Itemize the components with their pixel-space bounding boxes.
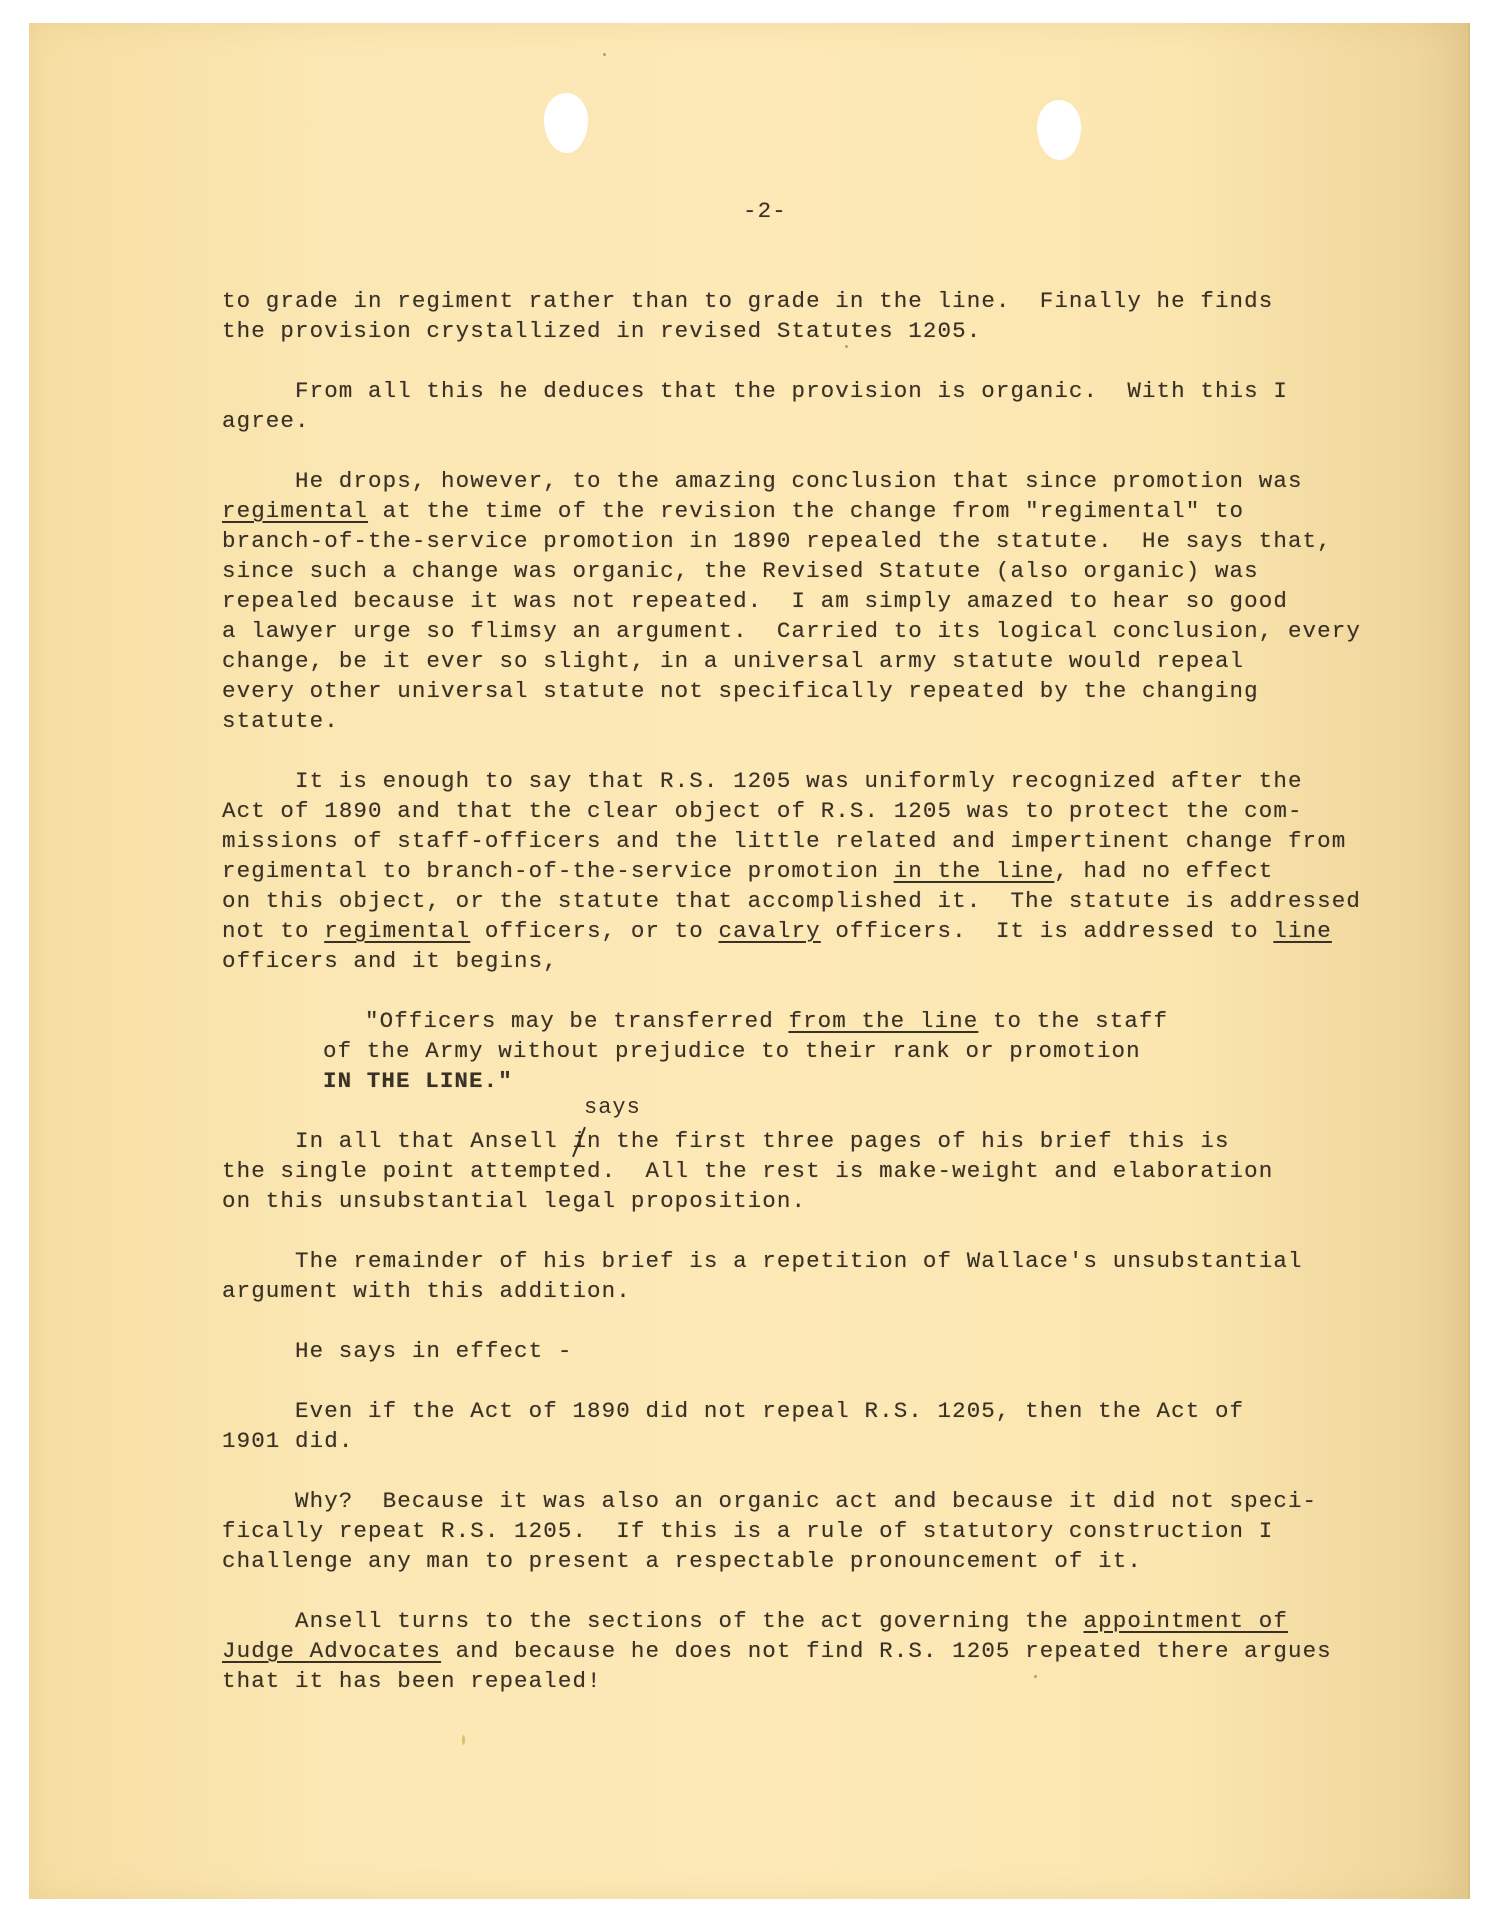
text-line: statute.: [222, 706, 339, 736]
text-line: 1901 did.: [222, 1426, 353, 1456]
text-line: to grade in regiment rather than to grad…: [222, 286, 1273, 316]
text-line: repealed because it was not repeated. I …: [222, 586, 1288, 616]
underlined-text: cavalry: [719, 918, 821, 944]
text-line: change, be it ever so slight, in a unive…: [222, 646, 1244, 676]
paper-speck: [603, 53, 606, 56]
text-line: missions of staff-officers and the littl…: [222, 826, 1346, 856]
text-line: branch-of-the-service promotion in 1890 …: [222, 526, 1332, 556]
text-line: Why? Because it was also an organic act …: [295, 1486, 1317, 1516]
text-line: officers and it begins,: [222, 946, 558, 976]
text-line: Judge Advocates and because he does not …: [222, 1636, 1332, 1666]
punch-hole: [544, 93, 588, 153]
paper-speck: [1034, 1675, 1037, 1678]
quote-line: of the Army without prejudice to their r…: [323, 1036, 1141, 1066]
text-segment: at the time of the revision the change f…: [368, 498, 1244, 524]
text-line: It is enough to say that R.S. 1205 was u…: [295, 766, 1303, 796]
punch-hole: [1037, 100, 1081, 160]
text-line: He drops, however, to the amazing conclu…: [295, 466, 1303, 496]
underlined-text: Judge Advocates: [222, 1638, 441, 1664]
paper-speck: [462, 1735, 465, 1745]
text-segment: , had no effect: [1054, 858, 1273, 884]
text-line: on this object, or the statute that acco…: [222, 886, 1361, 916]
text-line: agree.: [222, 406, 310, 436]
text-line: regimental at the time of the revision t…: [222, 496, 1244, 526]
handwritten-insertion: says: [584, 1095, 641, 1120]
underlined-text: in the line: [894, 858, 1055, 884]
text-line: argument with this addition.: [222, 1276, 631, 1306]
text-line: that it has been repealed!: [222, 1666, 602, 1696]
text-segment: Ansell turns to the sections of the act …: [295, 1608, 1084, 1634]
quote-line: IN THE LINE.": [323, 1066, 513, 1096]
text-segment: regimental to branch-of-the-service prom…: [222, 858, 894, 884]
text-segment: and because he does not find R.S. 1205 r…: [441, 1638, 1332, 1664]
text-line: the provision crystallized in revised St…: [222, 316, 981, 346]
underlined-text: regimental: [324, 918, 470, 944]
text-line: He says in effect -: [295, 1336, 572, 1366]
page-number: -2-: [743, 196, 787, 226]
underlined-text: from the line: [788, 1008, 978, 1034]
text-line: challenge any man to present a respectab…: [222, 1546, 1142, 1576]
text-line: Ansell turns to the sections of the act …: [295, 1606, 1288, 1636]
text-line: regimental to branch-of-the-service prom…: [222, 856, 1273, 886]
text-line: not to regimental officers, or to cavalr…: [222, 916, 1332, 946]
text-line: In all that Ansell in the first three pa…: [295, 1126, 1230, 1156]
text-line: The remainder of his brief is a repetiti…: [295, 1246, 1303, 1276]
underlined-text: appointment of: [1084, 1608, 1288, 1634]
text-line: since such a change was organic, the Rev…: [222, 556, 1259, 586]
text-line: Act of 1890 and that the clear object of…: [222, 796, 1303, 826]
quote-line: "Officers may be transferred from the li…: [365, 1006, 1168, 1036]
text-segment: officers. It is addressed to: [821, 918, 1274, 944]
text-line: a lawyer urge so flimsy an argument. Car…: [222, 616, 1361, 646]
text-line: From all this he deduces that the provis…: [295, 376, 1288, 406]
text-segment: to the staff: [978, 1008, 1168, 1034]
text-segment: "Officers may be transferred: [365, 1008, 788, 1034]
text-line: the single point attempted. All the rest…: [222, 1156, 1273, 1186]
text-segment: not to: [222, 918, 324, 944]
text-line: Even if the Act of 1890 did not repeal R…: [295, 1396, 1244, 1426]
text-line: on this unsubstantial legal proposition.: [222, 1186, 806, 1216]
underlined-text: line: [1273, 918, 1331, 944]
text-line: every other universal statute not specif…: [222, 676, 1259, 706]
text-line: fically repeat R.S. 1205. If this is a r…: [222, 1516, 1273, 1546]
text-segment: officers, or to: [470, 918, 718, 944]
underlined-text: regimental: [222, 498, 368, 524]
